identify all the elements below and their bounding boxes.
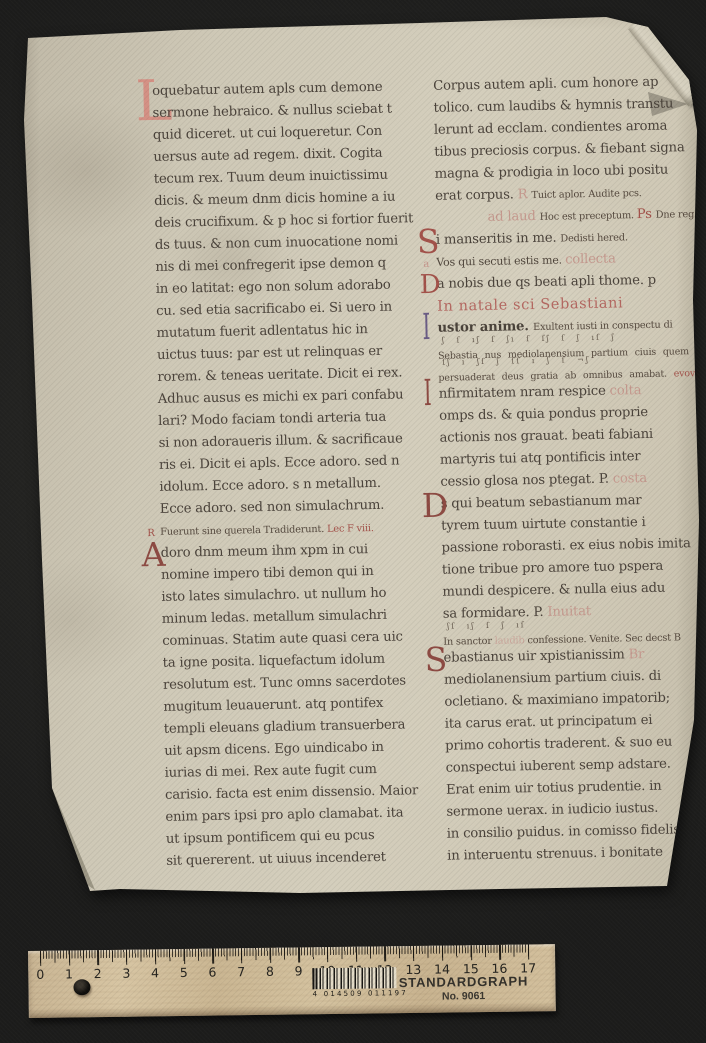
ruler-number: 9 (295, 963, 303, 978)
text-segment: costa (613, 471, 648, 487)
text-segment: Sec decst B (625, 632, 681, 644)
text-segment: oquebatur autem apls cum demone (152, 80, 383, 99)
text-segment: mutatum fuerit adlentatus hic in (156, 322, 367, 341)
text-segment: lerunt ad ecclam. condientes aroma (434, 119, 668, 138)
text-segment: idolum. Ecce adoro. s n metallum. (159, 476, 381, 495)
cm-tick (470, 945, 472, 960)
text-segment: R (518, 187, 532, 202)
text-segment: uictus tuus: par est ut relinquas er (157, 344, 382, 363)
text-segment: In natale sci Sebastiani (437, 295, 623, 314)
text-segment: in eo latitat: ego non solum adorabo (156, 278, 391, 297)
ruler-number: 7 (237, 964, 245, 979)
text-segment: cominuas. Statim aute quasi cera uic (162, 629, 403, 648)
text-segment: ds tuus. & non cum inuocatione nomi (155, 234, 398, 253)
cm-tick (97, 950, 99, 965)
text-segment: ris ei. Dicit ei apls. Ecce adoro. sed n (159, 454, 400, 473)
text-segment: rorem. & teneas ueritate. Dicit ei rex. (157, 365, 402, 384)
text-segment: martyris tui atq pontificis inter (440, 449, 641, 468)
text-segment: Adhuc ausus es michi ex pari confabu (158, 387, 404, 406)
text-segment: sa formidare. P. (443, 605, 548, 622)
text-segment: sermone hebraico. & nullus sciebat t (152, 102, 392, 121)
text-segment: cu. sed etia sacrificabo ei. Si uero in (156, 300, 392, 319)
cm-tick (384, 946, 386, 961)
text-segment: carisio. facta est enim dissensio. Maior (165, 783, 418, 803)
ruler-number: 2 (94, 966, 102, 981)
text-segment: tecum rex. Tuum deum inuictissimu (154, 168, 388, 187)
cm-tick (40, 951, 42, 966)
text-segment: a nobis due qs beati apli thome. p (437, 273, 657, 292)
ruler-number: 0 (36, 967, 44, 982)
ruler-number: 1 (65, 966, 73, 981)
text-segment: ocletiano. & maximiano impatorib; (444, 691, 670, 710)
cm-tick (499, 945, 501, 960)
text-segment: mundi despicere. & nulla eius adu (442, 581, 665, 600)
text-segment: conspectui iuberent semp adstare. (445, 757, 670, 776)
text-segment: tione tribue pro amore tuo pspera (442, 559, 663, 578)
cm-tick (442, 946, 444, 961)
text-segment: Ps (637, 207, 656, 222)
text-segment: omps ds. & quia pondus proprie (439, 405, 648, 424)
cm-tick (528, 944, 530, 959)
text-segment: tyrem tuum uirtute constantie i (441, 515, 646, 534)
text-segment: mugitum leuauerunt. atq pontifex (163, 696, 383, 715)
text-line: in interuentu strenuus. i bonitate (447, 842, 706, 869)
text-segment: quid diceret. ut cui loqueretur. Con (153, 124, 382, 143)
text-segment: In sanctor (443, 636, 495, 648)
text-segment: Vos qui secuti estis me. (436, 253, 565, 268)
text-segment: laudib (495, 635, 528, 647)
text-line: sit quererent. ut uiuus incenderet (166, 847, 444, 874)
text-segment: nfirmitatem nram respice (439, 384, 610, 402)
text-segment: colta (609, 383, 641, 399)
left-text-column: Loquebatur autem apls cum demonesermone … (152, 77, 444, 874)
text-segment: ta igne posita. liquefactum idolum (163, 652, 385, 671)
text-segment: sermone uerax. in iudicio iustus. (446, 801, 658, 820)
cm-tick (155, 949, 157, 964)
text-segment: isto lates simulachro. ut nullum ho (161, 586, 386, 605)
text-segment: ad laud (487, 209, 539, 225)
text-segment: Hoc est preceptum. (540, 210, 637, 223)
text-segment: ita carus erat. ut principatum ei (445, 713, 653, 732)
ruler-brand-label: STANDARDGRAPH (388, 973, 538, 990)
ruler-number: 5 (180, 965, 188, 980)
text-segment: cessio glosa nos ptegat. P. (440, 472, 613, 490)
text-segment: Corpus autem apli. cum honore ap (433, 75, 658, 94)
text-segment: doro dnm meum ihm xpm in cui (161, 542, 369, 561)
illuminated-initial: D (420, 274, 441, 296)
ruler: 01234567891011121314151617 4 014509 0111… (28, 944, 556, 1018)
text-segment: Dne reg (656, 209, 695, 221)
text-segment: passione roborasti. ex eius nobis imita (441, 536, 690, 556)
text-segment: iurias di mei. Rex aute fugit cum (165, 762, 377, 781)
text-segment: Dedisti hered. (560, 232, 628, 244)
text-segment: templi eleuans gladium transuerbera (164, 717, 406, 736)
text-segment: primo cohortis traderent. & suo eu (445, 735, 672, 754)
text-segment: nomine impero tibi demon qui in (161, 564, 374, 583)
cm-tick (241, 948, 243, 963)
text-segment: erat corpus. (435, 187, 518, 204)
ruler-number: 3 (122, 966, 130, 981)
text-segment: in consilio puidus. in comisso fidelis (447, 822, 680, 841)
barcode-digits: 4 014509 011197 (313, 989, 397, 998)
text-segment: tolico. cum laudibs & hymnis transtu (433, 96, 673, 115)
text-segment: ut ipsum pontificem qui eu pcus (166, 828, 375, 847)
cm-tick (183, 949, 185, 964)
text-segment: Ecce adoro. sed non simulachrum. (160, 498, 385, 517)
text-segment: s qui beatum sebastianum mar (441, 493, 642, 512)
text-segment: in interuentu strenuus. i bonitate (447, 845, 663, 864)
ruler-barcode: 4 014509 011197 (312, 967, 396, 998)
text-segment: Exultent iusti in conspectu di (533, 320, 673, 334)
text-segment: minum ledas. metallum simulachri (162, 608, 387, 627)
ruler-number: 4 (151, 965, 159, 980)
text-segment: actionis nos grauat. beati fabiani (439, 427, 653, 446)
text-segment: si non adoraueris illum. & sacrificaue (158, 431, 402, 450)
illuminated-initial: I (423, 379, 431, 410)
illuminated-initial: I (422, 313, 430, 344)
photo-background: Loquebatur autem apls cum demonesermone … (0, 0, 706, 1043)
text-segment: i manseritis in me. (436, 231, 561, 248)
parchment-leaf: Loquebatur autem apls cum demonesermone … (0, 0, 706, 1043)
cm-tick (356, 947, 358, 962)
text-segment: resolutum est. Tunc omns sacerdotes (163, 673, 406, 692)
cm-tick (270, 948, 272, 963)
text-segment: ustor anime. (437, 319, 533, 336)
text-segment: Tuict aplor. Audite pcs. (531, 188, 641, 201)
cm-tick (69, 950, 71, 965)
text-segment: mediolanensium partium ciuis. di (444, 669, 661, 688)
text-segment: Tradiderunt. (264, 524, 328, 536)
text-segment: nis di mei confregerit ipse demon q (155, 256, 386, 275)
neume-marks: ʃſ ıʃ ſ ʃ ıſ (447, 621, 526, 630)
text-segment: Fuerunt sine querela (160, 525, 264, 538)
text-segment: Erat enim uir totius prudentie. in (446, 779, 662, 798)
text-segment: collecta (565, 252, 616, 268)
text-segment: Br (628, 647, 644, 662)
text-segment: dicis. & meum dnm dicis homine a iu (154, 190, 395, 209)
text-segment: confessione. Venite. (527, 633, 625, 646)
cm-tick (327, 947, 329, 962)
text-segment: sit quererent. ut uiuus incenderet (166, 850, 386, 869)
text-segment: deis crucifixum. & p hoc si fortior fuer… (154, 211, 413, 231)
text-segment: evov ao. (674, 368, 706, 380)
neume-marks: ʃ ſ ıʃ ſ ʃı ſ ſʃ ſ ʃ ıſ ʃ (442, 334, 616, 345)
text-segment: ebastianus uir xpistianissim (443, 647, 628, 665)
right-text-column: Corpus autem apli. cum honore aptolico. … (433, 72, 706, 869)
cm-tick (212, 949, 214, 964)
text-segment: enim pars ipsi pro aplo clamabat. ita (165, 806, 403, 825)
text-segment: Inuitat (547, 604, 591, 620)
parchment-wrapper: Loquebatur autem apls cum demonesermone … (0, 0, 706, 1043)
barcode-bars (312, 967, 396, 989)
cm-tick (298, 947, 300, 962)
cm-tick (126, 950, 128, 965)
ruler-model-label: No. 9061 (389, 989, 539, 1003)
text-segment: uersus aute ad regem. dixit. Cogita (153, 146, 382, 165)
text-segment: uit apsm dicens. Ego uindicabo in (164, 740, 384, 759)
text-segment: tibus preciosis corpus. & fiebant signa (434, 140, 685, 160)
text-segment: Lec F viii. (327, 523, 374, 535)
ruler-number: 6 (208, 965, 216, 980)
ruler-number: 8 (266, 964, 274, 979)
text-segment: lari? Modo faciam tondi arteria tua (158, 410, 386, 429)
text-segment: magna & prodigia in loco ubi positu (435, 163, 669, 182)
cm-tick (413, 946, 415, 961)
neume-marks: ſʃ ı ʃſ ʃ ſſ ı ʃ ſ ¬ʃ (442, 356, 590, 367)
